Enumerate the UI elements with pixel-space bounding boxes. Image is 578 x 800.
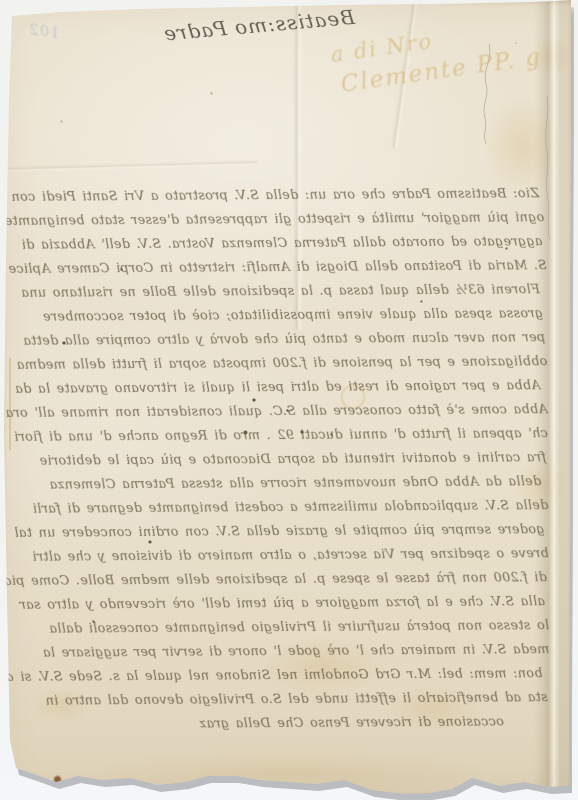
crease-horizontal-left — [6, 160, 258, 173]
handwriting-line-19: lo stesso non poterà usufruire il Privil… — [19, 614, 549, 642]
handwriting-line-14: della S.V. supplicandola umilissmte a co… — [18, 494, 548, 522]
handwriting-line-10: Abba come s'è fatto conoscere alla S.C. … — [18, 398, 548, 426]
letter-paper: 102 Beatiss:mo Padre a di Nro Clemente P… — [0, 0, 578, 800]
handwriting-line-12: fra carlini e donativi ritenuti da sopra… — [18, 446, 546, 474]
handwriting-line-4: S. Maria di Positano della Diogsi di Ama… — [17, 254, 547, 282]
handwriting-line-17: di f.200 non frà tasse le spese p. la sp… — [19, 566, 547, 594]
handwriting-line-7: per non aver alcun modo e tanto più che … — [17, 326, 545, 354]
handwriting-line-23: occasione di ricevere Penso Che Della gr… — [20, 710, 504, 737]
handwriting-line-13: della da Abba Onde nuovamente ricorre al… — [18, 470, 541, 498]
handwriting-line-8: obbligazione e per la pensione di f.200 … — [17, 350, 547, 378]
scanned-letter-page: 102 Beatiss:mo Padre a di Nro Clemente P… — [0, 0, 578, 800]
handwriting-line-21: bon: mem: bel: M.r Grd Gondolmi nel Sind… — [19, 662, 542, 690]
faded-inscription: a di Nro Clemente PP. g — [329, 13, 550, 98]
handwriting-line-1: Zio: Beatissmo Padre che ora un: della S… — [16, 182, 539, 210]
header-inscription: Beatiss:mo Padre — [189, 5, 355, 43]
handwriting-line-18: alla S.V. che e la forza maggiore a più … — [19, 590, 545, 618]
handwriting-line-20: meda S.V. in maniera che l' orè gode l' … — [19, 638, 549, 666]
handwriting-line-2: ogni più maggior' umiltà e rispetto gli … — [16, 206, 544, 234]
handwriting-line-11: ch' appena il frutto d' annui ducati 92 … — [18, 422, 548, 450]
archive-number: 102 — [27, 20, 61, 42]
edge-stain-line — [9, 358, 11, 450]
handwriting-line-3: aggregato ed onorato dalla Paterna Cleme… — [16, 230, 542, 258]
letter-body: Zio: Beatissmo Padre che ora un: della S… — [16, 182, 550, 738]
handwriting-line-22: sta ad beneficiarlo li effetti unde del … — [20, 686, 548, 714]
handwriting-line-9: Abba e per ragione di resti ed altri pes… — [17, 374, 540, 402]
handwriting-line-5: Floreni 63½ della qual tassa p. la spedi… — [17, 278, 540, 306]
handwriting-line-6: grossa spesa alla quale viene impossibil… — [17, 302, 543, 330]
handwriting-line-15: godere sempre più compite le grazie dell… — [18, 518, 544, 546]
handwriting-line-16: breve o spedizne per Via secreta, o altr… — [19, 542, 549, 570]
